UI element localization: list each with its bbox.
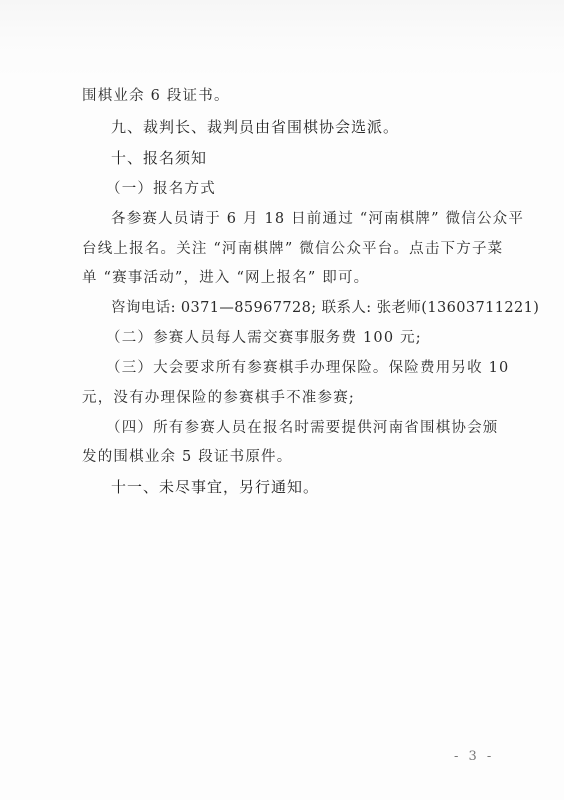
insurance-item-line-1: （三）大会要求所有参赛棋手办理保险。保险费用另收 10	[106, 358, 526, 378]
section-11-heading: 十一、未尽事宜，另行通知。	[111, 477, 531, 497]
certificate-item-line-1: （四）所有参赛人员在报名时需要提供河南省围棋协会颁	[106, 418, 526, 438]
registration-paragraph-line-2: 台线上报名。关注 “河南棋牌” 微信公众平台。点击下方子菜	[82, 239, 502, 259]
registration-paragraph-line-3: 单 “赛事活动”，进入 “网上报名” 即可。	[82, 268, 502, 288]
registration-paragraph-line-1: 各参赛人员请于 6 月 18 日前通过 “河南棋牌” 微信公众平	[111, 209, 531, 229]
section-10-heading: 十、报名须知	[111, 148, 531, 168]
registration-method-subheading: （一）报名方式	[106, 179, 526, 199]
page-number: - 3 -	[454, 749, 494, 764]
document-page: 围棋业余 6 段证书。 九、裁判长、裁判员由省围棋协会选派。 十、报名须知 （一…	[0, 0, 564, 800]
service-fee-item: （二）参赛人员每人需交赛事服务费 100 元;	[106, 328, 526, 348]
cert-continued-line: 围棋业余 6 段证书。	[82, 86, 502, 106]
section-9-heading: 九、裁判长、裁判员由省围棋协会选派。	[111, 117, 531, 137]
insurance-item-line-2: 元，没有办理保险的参赛棋手不准参赛;	[82, 388, 502, 408]
contact-info-line: 咨询电话: 0371—85967728; 联系人: 张老师(1360371122…	[111, 298, 531, 318]
certificate-item-line-2: 发的围棋业余 5 段证书原件。	[82, 447, 502, 467]
